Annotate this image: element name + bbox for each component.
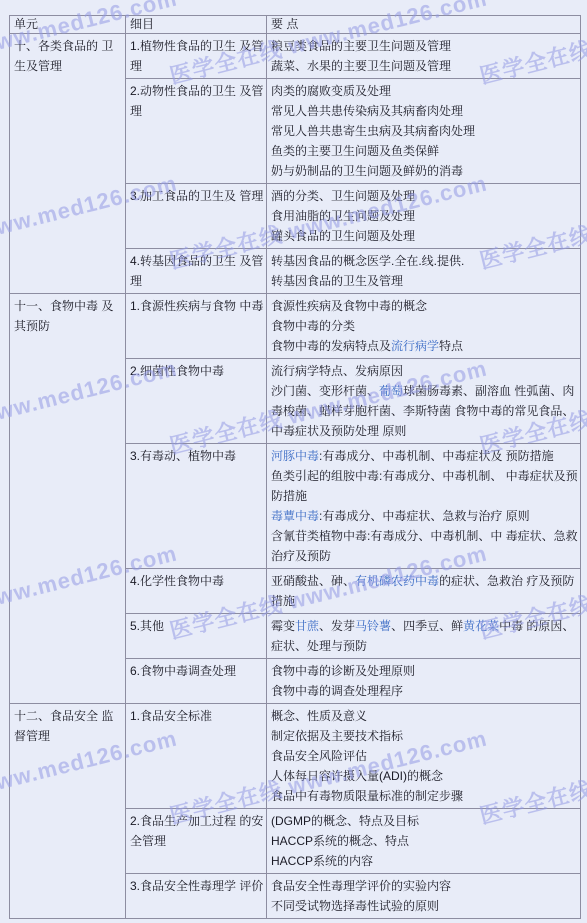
point-text: 、发芽: [319, 619, 355, 633]
point-line: 食物中毒的发病特点及流行病学特点: [271, 336, 578, 356]
point-text: 含氰苷类植物中毒:有毒成分、中毒机制、中 毒症状、急救治疗及预防: [271, 529, 578, 563]
point-text: 酒的分类、卫生问题及处理: [271, 189, 415, 203]
point-text: 霉变: [271, 619, 295, 633]
item-cell: 1.植物性食品的卫生 及管理: [126, 34, 267, 79]
item-cell: 3.加工食品的卫生及 管理: [126, 184, 267, 249]
item-cell: 2.食品生产加工过程 的安全管理: [126, 809, 267, 874]
unit-cell: 十、各类食品的 卫生及管理: [10, 34, 126, 294]
point-line: 食源性疾病及食物中毒的概念: [271, 296, 578, 316]
item-cell: 2.动物性食品的卫生 及管理: [126, 79, 267, 184]
point-text: 肉类的腐败变质及处理: [271, 84, 391, 98]
topic-link[interactable]: 黄花菜: [463, 619, 499, 633]
points-cell: 概念、性质及意义 制定依据及主要技术指标 食品安全风险评估 人体每日容许摄入量(…: [267, 704, 581, 809]
points-cell: 霉变甘蔗、发芽马铃薯、四季豆、鲜黄花菜中毒 的原因、症状、处理与预防: [267, 614, 581, 659]
point-text: :有毒成分、中毒机制、中毒症状及 预防措施: [319, 449, 554, 463]
syllabus-table: 单元 细目 要 点 十、各类食品的 卫生及管理 1.植物性食品的卫生 及管理 粮…: [9, 15, 581, 919]
point-text: 食源性疾病及食物中毒的概念: [271, 299, 427, 313]
point-line: 常见人兽共患寄生虫病及其病畜肉处理: [271, 121, 578, 141]
topic-link[interactable]: 有机磷农药中毒: [355, 574, 439, 588]
point-text: 蔬菜、水果的主要卫生问题及管理: [271, 59, 451, 73]
point-text: 常见人兽共患寄生虫病及其病畜肉处理: [271, 124, 475, 138]
unit-cell: 十一、食物中毒 及其预防: [10, 294, 126, 704]
points-cell: 酒的分类、卫生问题及处理 食用油脂的卫生问题及处理 罐头食品的卫生问题及处理: [267, 184, 581, 249]
points-cell: 流行病学特点、发病原因 沙门菌、变形杆菌、葡萄球菌肠毒素、副溶血 性弧菌、肉毒梭…: [267, 359, 581, 444]
topic-link[interactable]: 毒蕈中毒: [271, 509, 319, 523]
point-line: 食用油脂的卫生问题及处理: [271, 206, 578, 226]
item-cell: 2.细菌性食物中毒: [126, 359, 267, 444]
point-text: 转基因食品的卫生及管理: [271, 274, 403, 288]
points-cell: 食品安全性毒理学评价的实验内容 不同受试物选择毒性试验的原则: [267, 874, 581, 919]
topic-link[interactable]: 流行病学: [391, 339, 439, 353]
point-line: 食品安全性毒理学评价的实验内容: [271, 876, 578, 896]
point-text: 食物中毒的分类: [271, 319, 355, 333]
point-text: 食用油脂的卫生问题及处理: [271, 209, 415, 223]
point-line: 罐头食品的卫生问题及处理: [271, 226, 578, 246]
point-text: :有毒成分、中毒症状、急救与治疗 原则: [319, 509, 530, 523]
point-line: 食物中毒的调查处理程序: [271, 681, 578, 701]
syllabus-table-container: 单元 细目 要 点 十、各类食品的 卫生及管理 1.植物性食品的卫生 及管理 粮…: [9, 15, 581, 919]
topic-link[interactable]: 甘蔗: [295, 619, 319, 633]
point-text: 食物中毒的发病特点及: [271, 339, 391, 353]
item-cell: 1.食品安全标准: [126, 704, 267, 809]
point-line: 食品安全风险评估: [271, 746, 578, 766]
point-text: 流行病学特点、发病原因: [271, 364, 403, 378]
column-header-unit: 单元: [10, 16, 126, 34]
point-line: 食物中毒的诊断及处理原则: [271, 661, 578, 681]
point-line: 鱼类引起的组胺中毒:有毒成分、中毒机制、 中毒症状及预防措施: [271, 466, 578, 506]
point-text: 特点: [439, 339, 463, 353]
point-line: 含氰苷类植物中毒:有毒成分、中毒机制、中 毒症状、急救治疗及预防: [271, 526, 578, 566]
point-line: 亚硝酸盐、砷、有机磷农药中毒的症状、急救治 疗及预防措施: [271, 571, 578, 611]
table-row: 十二、食品安全 监督管理 1.食品安全标准 概念、性质及意义 制定依据及主要技术…: [10, 704, 581, 809]
point-text: 食品安全风险评估: [271, 749, 367, 763]
item-cell: 4.化学性食物中毒: [126, 569, 267, 614]
point-line: HACCP系统的内容: [271, 851, 578, 871]
point-text: 食物中毒的诊断及处理原则: [271, 664, 415, 678]
topic-link[interactable]: 葡萄: [379, 384, 403, 398]
point-line: 不同受试物选择毒性试验的原则: [271, 896, 578, 916]
table-row: 十一、食物中毒 及其预防 1.食源性疾病与食物 中毒 食源性疾病及食物中毒的概念…: [10, 294, 581, 359]
point-line: 转基因食品的概念医学.全在.线.提供.: [271, 251, 578, 271]
points-cell: 亚硝酸盐、砷、有机磷农药中毒的症状、急救治 疗及预防措施: [267, 569, 581, 614]
table-row: 十、各类食品的 卫生及管理 1.植物性食品的卫生 及管理 粮豆类食品的主要卫生问…: [10, 34, 581, 79]
item-cell: 3.食品安全性毒理学 评价: [126, 874, 267, 919]
point-text: 沙门菌、变形杆菌、: [271, 384, 379, 398]
point-text: 制定依据及主要技术指标: [271, 729, 403, 743]
point-line: (DGMP的概念、特点及目标: [271, 811, 578, 831]
point-text: 鱼类的主要卫生问题及鱼类保鲜: [271, 144, 439, 158]
points-cell: (DGMP的概念、特点及目标 HACCP系统的概念、特点 HACCP系统的内容: [267, 809, 581, 874]
point-line: 肉类的腐败变质及处理: [271, 81, 578, 101]
point-line: 食物中毒的分类: [271, 316, 578, 336]
points-cell: 转基因食品的概念医学.全在.线.提供. 转基因食品的卫生及管理: [267, 249, 581, 294]
point-text: 鱼类引起的组胺中毒:有毒成分、中毒机制、 中毒症状及预防措施: [271, 469, 578, 503]
item-cell: 4.转基因食品的卫生 及管理: [126, 249, 267, 294]
point-line: 沙门菌、变形杆菌、葡萄球菌肠毒素、副溶血 性弧菌、肉毒梭菌、蜡样芽胞杆菌、李斯特…: [271, 381, 578, 441]
points-cell: 食源性疾病及食物中毒的概念 食物中毒的分类 食物中毒的发病特点及流行病学特点: [267, 294, 581, 359]
point-line: HACCP系统的概念、特点: [271, 831, 578, 851]
point-text: (DGMP的概念、特点及目标: [271, 814, 419, 828]
point-text: 食品安全性毒理学评价的实验内容: [271, 879, 451, 893]
point-line: 粮豆类食品的主要卫生问题及管理: [271, 36, 578, 56]
point-line: 常见人兽共患传染病及其病畜肉处理: [271, 101, 578, 121]
column-header-item: 细目: [126, 16, 267, 34]
point-text: HACCP系统的内容: [271, 854, 373, 868]
item-cell: 3.有毒动、植物中毒: [126, 444, 267, 569]
point-line: 鱼类的主要卫生问题及鱼类保鲜: [271, 141, 578, 161]
column-header-points: 要 点: [267, 16, 581, 34]
point-line: 霉变甘蔗、发芽马铃薯、四季豆、鲜黄花菜中毒 的原因、症状、处理与预防: [271, 616, 578, 656]
topic-link[interactable]: 马铃薯: [355, 619, 391, 633]
topic-link[interactable]: 河豚中毒: [271, 449, 319, 463]
point-line: 蔬菜、水果的主要卫生问题及管理: [271, 56, 578, 76]
point-text: 、四季豆、鲜: [391, 619, 463, 633]
points-cell: 肉类的腐败变质及处理 常见人兽共患传染病及其病畜肉处理 常见人兽共患寄生虫病及其…: [267, 79, 581, 184]
point-text: 罐头食品的卫生问题及处理: [271, 229, 415, 243]
point-text: 转基因食品的概念医学.全在.线.提供.: [271, 254, 464, 268]
point-line: 流行病学特点、发病原因: [271, 361, 578, 381]
point-line: 毒蕈中毒:有毒成分、中毒症状、急救与治疗 原则: [271, 506, 578, 526]
points-cell: 粮豆类食品的主要卫生问题及管理 蔬菜、水果的主要卫生问题及管理: [267, 34, 581, 79]
unit-cell: 十二、食品安全 监督管理: [10, 704, 126, 919]
point-text: 粮豆类食品的主要卫生问题及管理: [271, 39, 451, 53]
header-row: 单元 细目 要 点: [10, 16, 581, 34]
points-cell: 河豚中毒:有毒成分、中毒机制、中毒症状及 预防措施 鱼类引起的组胺中毒:有毒成分…: [267, 444, 581, 569]
point-text: 不同受试物选择毒性试验的原则: [271, 899, 439, 913]
point-text: HACCP系统的概念、特点: [271, 834, 409, 848]
point-text: 亚硝酸盐、砷、: [271, 574, 355, 588]
item-cell: 5.其他: [126, 614, 267, 659]
point-text: 食物中毒的调查处理程序: [271, 684, 403, 698]
point-text: 常见人兽共患传染病及其病畜肉处理: [271, 104, 463, 118]
point-line: 人体每日容许摄入量(ADI)的概念: [271, 766, 578, 786]
item-cell: 1.食源性疾病与食物 中毒: [126, 294, 267, 359]
point-line: 概念、性质及意义: [271, 706, 578, 726]
point-line: 酒的分类、卫生问题及处理: [271, 186, 578, 206]
item-cell: 6.食物中毒调查处理: [126, 659, 267, 704]
point-line: 制定依据及主要技术指标: [271, 726, 578, 746]
point-text: 奶与奶制品的卫生问题及鲜奶的消毒: [271, 164, 463, 178]
point-text: 概念、性质及意义: [271, 709, 367, 723]
point-line: 奶与奶制品的卫生问题及鲜奶的消毒: [271, 161, 578, 181]
point-line: 河豚中毒:有毒成分、中毒机制、中毒症状及 预防措施: [271, 446, 578, 466]
point-text: 食品中有毒物质限量标准的制定步骤: [271, 789, 463, 803]
point-text: 人体每日容许摄入量(ADI)的概念: [271, 769, 443, 783]
point-line: 食品中有毒物质限量标准的制定步骤: [271, 786, 578, 806]
points-cell: 食物中毒的诊断及处理原则 食物中毒的调查处理程序: [267, 659, 581, 704]
point-line: 转基因食品的卫生及管理: [271, 271, 578, 291]
